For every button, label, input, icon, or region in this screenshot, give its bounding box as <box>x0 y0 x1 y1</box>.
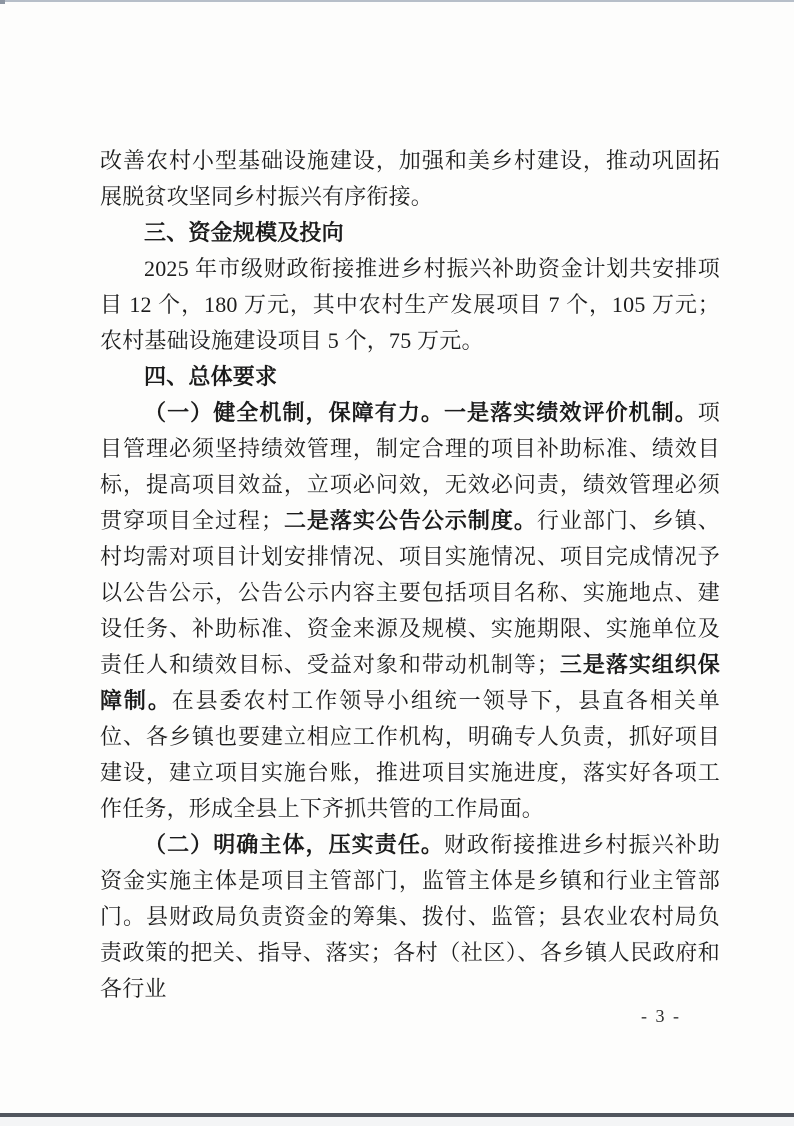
document-page: 改善农村小型基础设施建设，加强和美乡村建设，推动巩固拓展脱贫攻坚同乡村振兴有序衔… <box>0 0 794 1126</box>
bold-text-run: 二是落实公告公示制度。 <box>283 508 537 533</box>
section-heading: 三、资金规模及投向 <box>100 215 720 251</box>
body-paragraph: （一）健全机制，保障有力。一是落实绩效评价机制。项目管理必须坚持绩效管理，制定合… <box>100 395 720 827</box>
body-paragraph: 改善农村小型基础设施建设，加强和美乡村建设，推动巩固拓展脱贫攻坚同乡村振兴有序衔… <box>100 143 720 215</box>
bold-text-run: 三、资金规模及投向 <box>144 220 344 245</box>
page-number: - 3 - <box>616 1006 706 1027</box>
body-paragraph: 2025 年市级财政衔接推进乡村振兴补助资金计划共安排项目 12 个，180 万… <box>100 251 720 359</box>
scan-edge-top <box>0 0 794 2</box>
scan-edge-bottom-shadow <box>0 1117 794 1126</box>
text-run: 财政衔接推进乡村振兴补助资金实施主体是项目主管部门，监管主体是乡镇和行业主管部门… <box>100 832 720 1001</box>
body-paragraph: （二）明确主体，压实责任。财政衔接推进乡村振兴补助资金实施主体是项目主管部门，监… <box>100 827 720 1007</box>
text-run: 在县委农村工作领导小组统一领导下，县直各相关单位、各乡镇也要建立相应工作机构，明… <box>100 688 720 821</box>
bold-text-run: （一）健全机制，保障有力。一是落实绩效评价机制。 <box>144 400 698 425</box>
bold-text-run: 四、总体要求 <box>144 364 277 389</box>
scan-edge-top-notch <box>0 0 5 4</box>
bold-text-run: （二）明确主体，压实责任。 <box>144 832 444 857</box>
text-run: 改善农村小型基础设施建设，加强和美乡村建设，推动巩固拓展脱贫攻坚同乡村振兴有序衔… <box>100 148 720 209</box>
text-run: 2025 年市级财政衔接推进乡村振兴补助资金计划共安排项目 12 个，180 万… <box>100 256 720 353</box>
document-body: 改善农村小型基础设施建设，加强和美乡村建设，推动巩固拓展脱贫攻坚同乡村振兴有序衔… <box>100 143 720 1007</box>
section-heading: 四、总体要求 <box>100 359 720 395</box>
